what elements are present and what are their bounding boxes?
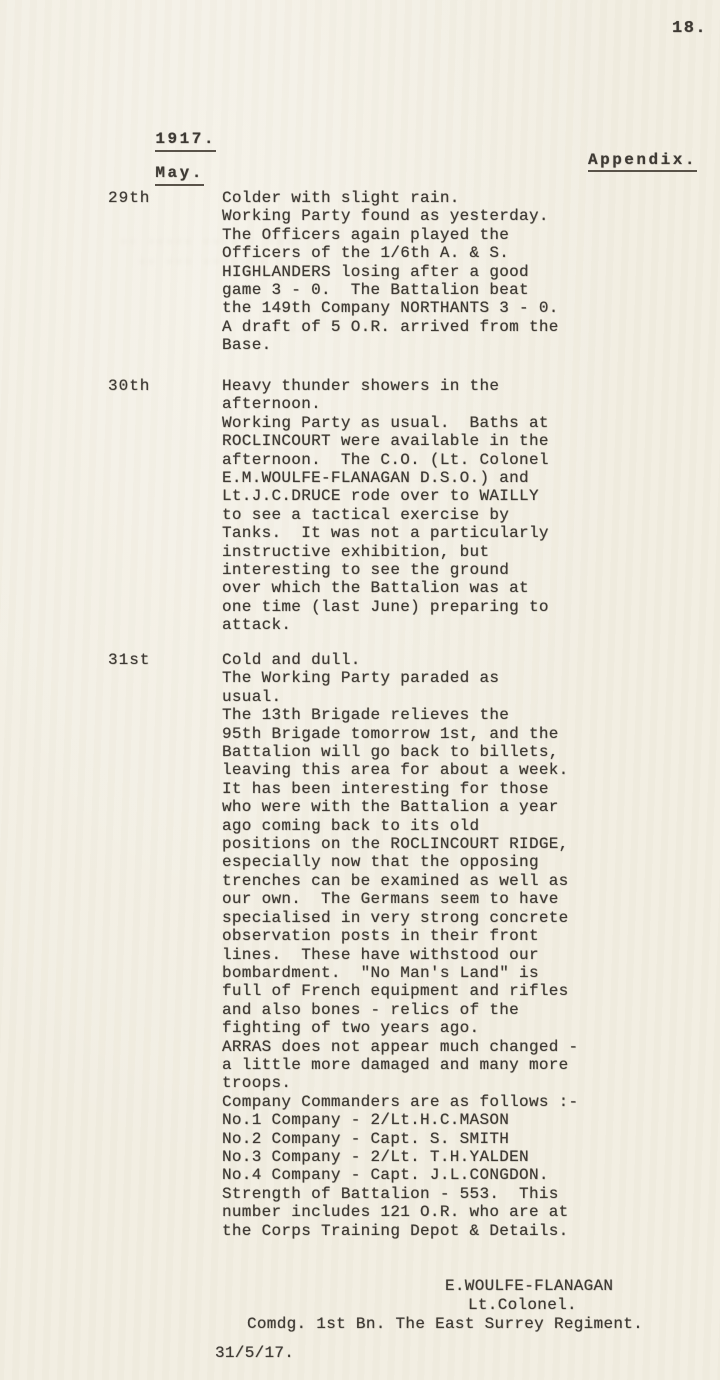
signature-name: E.WOULFE-FLANAGAN	[445, 1277, 613, 1295]
war-diary-page: ·· ··∙·· ·∙···· ∙·· ·∙ ··∙ ∙∙·∙··· ··∙· …	[0, 0, 720, 1380]
appendix-heading: Appendix.	[588, 114, 720, 191]
entry-day-label: 31st	[108, 651, 150, 669]
entry-day-label: 30th	[108, 377, 150, 395]
entry-body-text: Heavy thunder showers in the afternoon. …	[222, 377, 594, 635]
signature-date: 31/5/17.	[215, 1344, 294, 1362]
entry-body-text: Cold and dull. The Working Party paraded…	[222, 651, 594, 1240]
appendix-heading-text: Appendix.	[588, 151, 697, 172]
entry-day-label: 29th	[108, 189, 150, 207]
page-number: 18.	[672, 20, 707, 38]
entry-body-text: Colder with slight rain. Working Party f…	[222, 189, 594, 355]
signature-rank: Lt.Colonel.	[468, 1296, 577, 1314]
signature-title: Comdg. 1st Bn. The East Surrey Regiment.	[247, 1315, 643, 1333]
month-heading-text: May.	[155, 164, 203, 185]
